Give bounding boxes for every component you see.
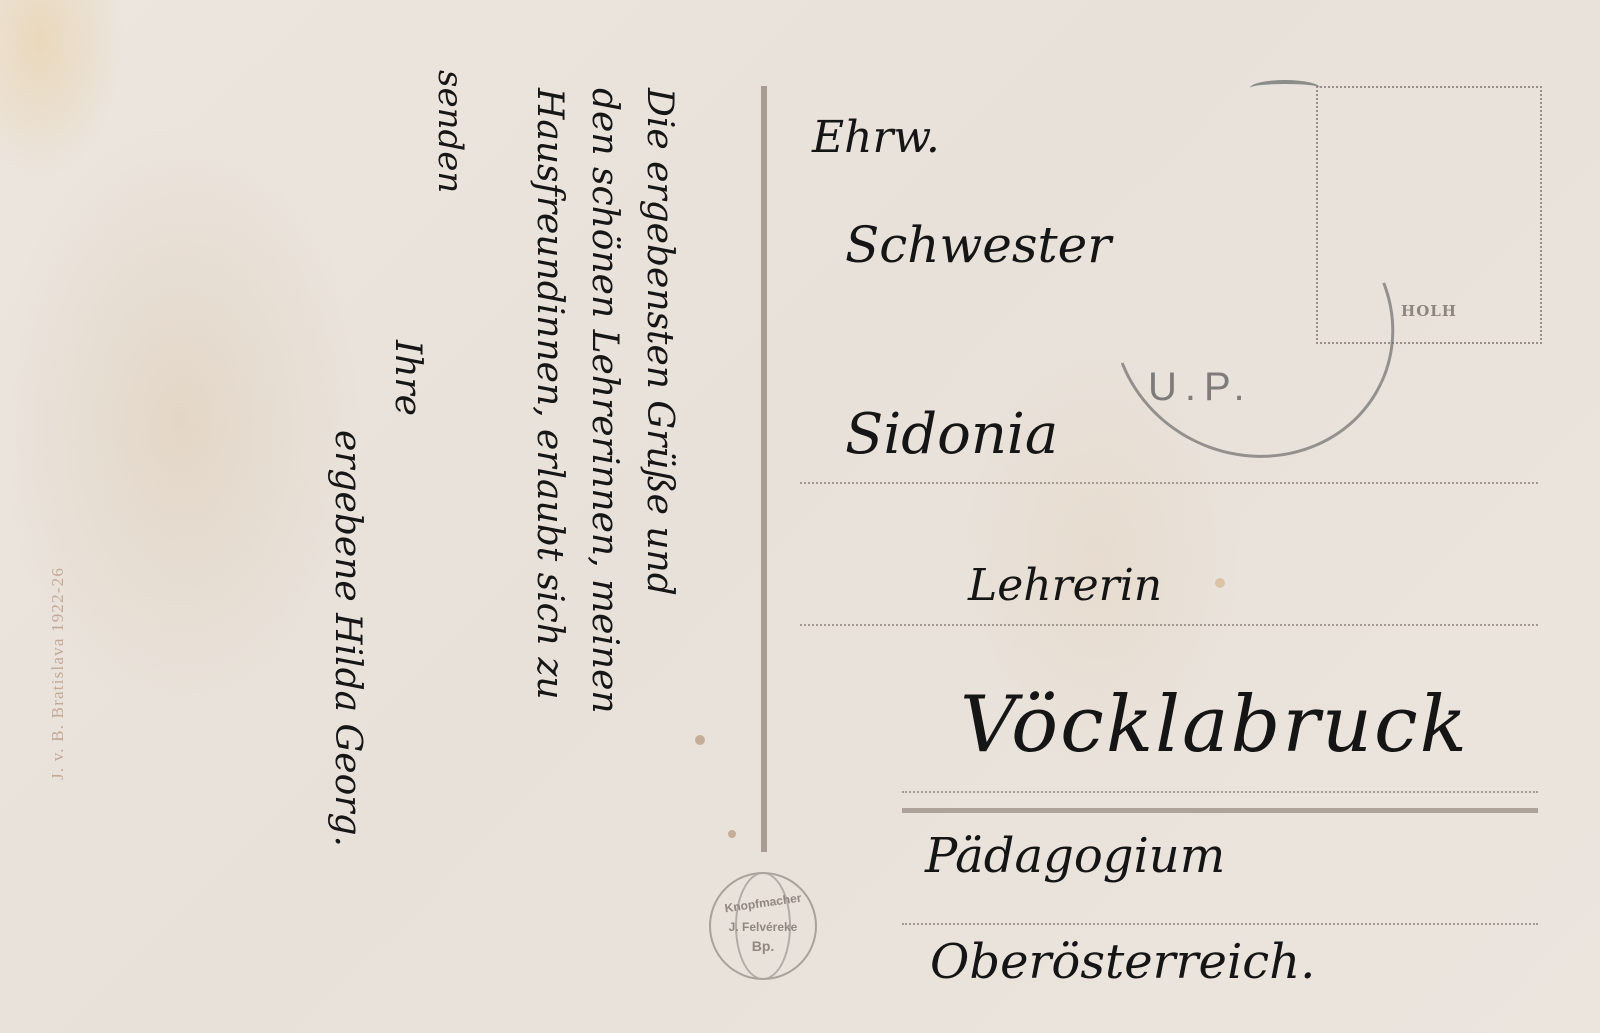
- address-town: Vöcklabruck: [960, 680, 1469, 770]
- logo-line: Knopfmacher: [711, 889, 816, 917]
- postmark-text: U.P.: [1148, 365, 1253, 410]
- stain: [728, 830, 736, 838]
- logo-line: Bp.: [711, 938, 815, 954]
- postmark-arc-top: [1250, 80, 1320, 96]
- address-line: [800, 624, 1538, 626]
- address-name: Sidonia: [845, 402, 1058, 467]
- address-salutation: Ehrw.: [812, 112, 940, 163]
- address-institution: Pädagogium: [925, 828, 1225, 884]
- message-line: senden: [430, 70, 470, 193]
- message-line: Hausfreundinnen, erlaubt sich zu: [529, 88, 570, 700]
- message-line: Die ergebensten Grüße und: [639, 88, 680, 596]
- address-title: Schwester: [845, 216, 1111, 274]
- postcard-back: J. v. B. Bratislava 1922-26 HOLH U.P. Eh…: [0, 0, 1600, 1033]
- address-line: [902, 923, 1538, 925]
- address-occupation: Lehrerin: [968, 560, 1162, 611]
- message-closing: Ihre: [387, 340, 428, 416]
- publisher-imprint: J. v. B. Bratislava 1922-26: [48, 567, 68, 780]
- logo-line: J. Felvéreke: [711, 920, 815, 934]
- stain: [1215, 578, 1225, 588]
- stain: [695, 735, 705, 745]
- address-line: [902, 791, 1538, 793]
- message-line: den schönen Lehrerinnen, meinen: [584, 88, 625, 714]
- center-divider: [761, 86, 767, 852]
- address-region: Oberösterreich.: [930, 934, 1315, 990]
- message-signature: ergebene Hilda Georg.: [327, 430, 368, 847]
- publisher-globe-logo: Knopfmacher J. Felvéreke Bp.: [709, 872, 817, 980]
- address-line: [800, 482, 1538, 484]
- address-line-solid: [902, 808, 1538, 813]
